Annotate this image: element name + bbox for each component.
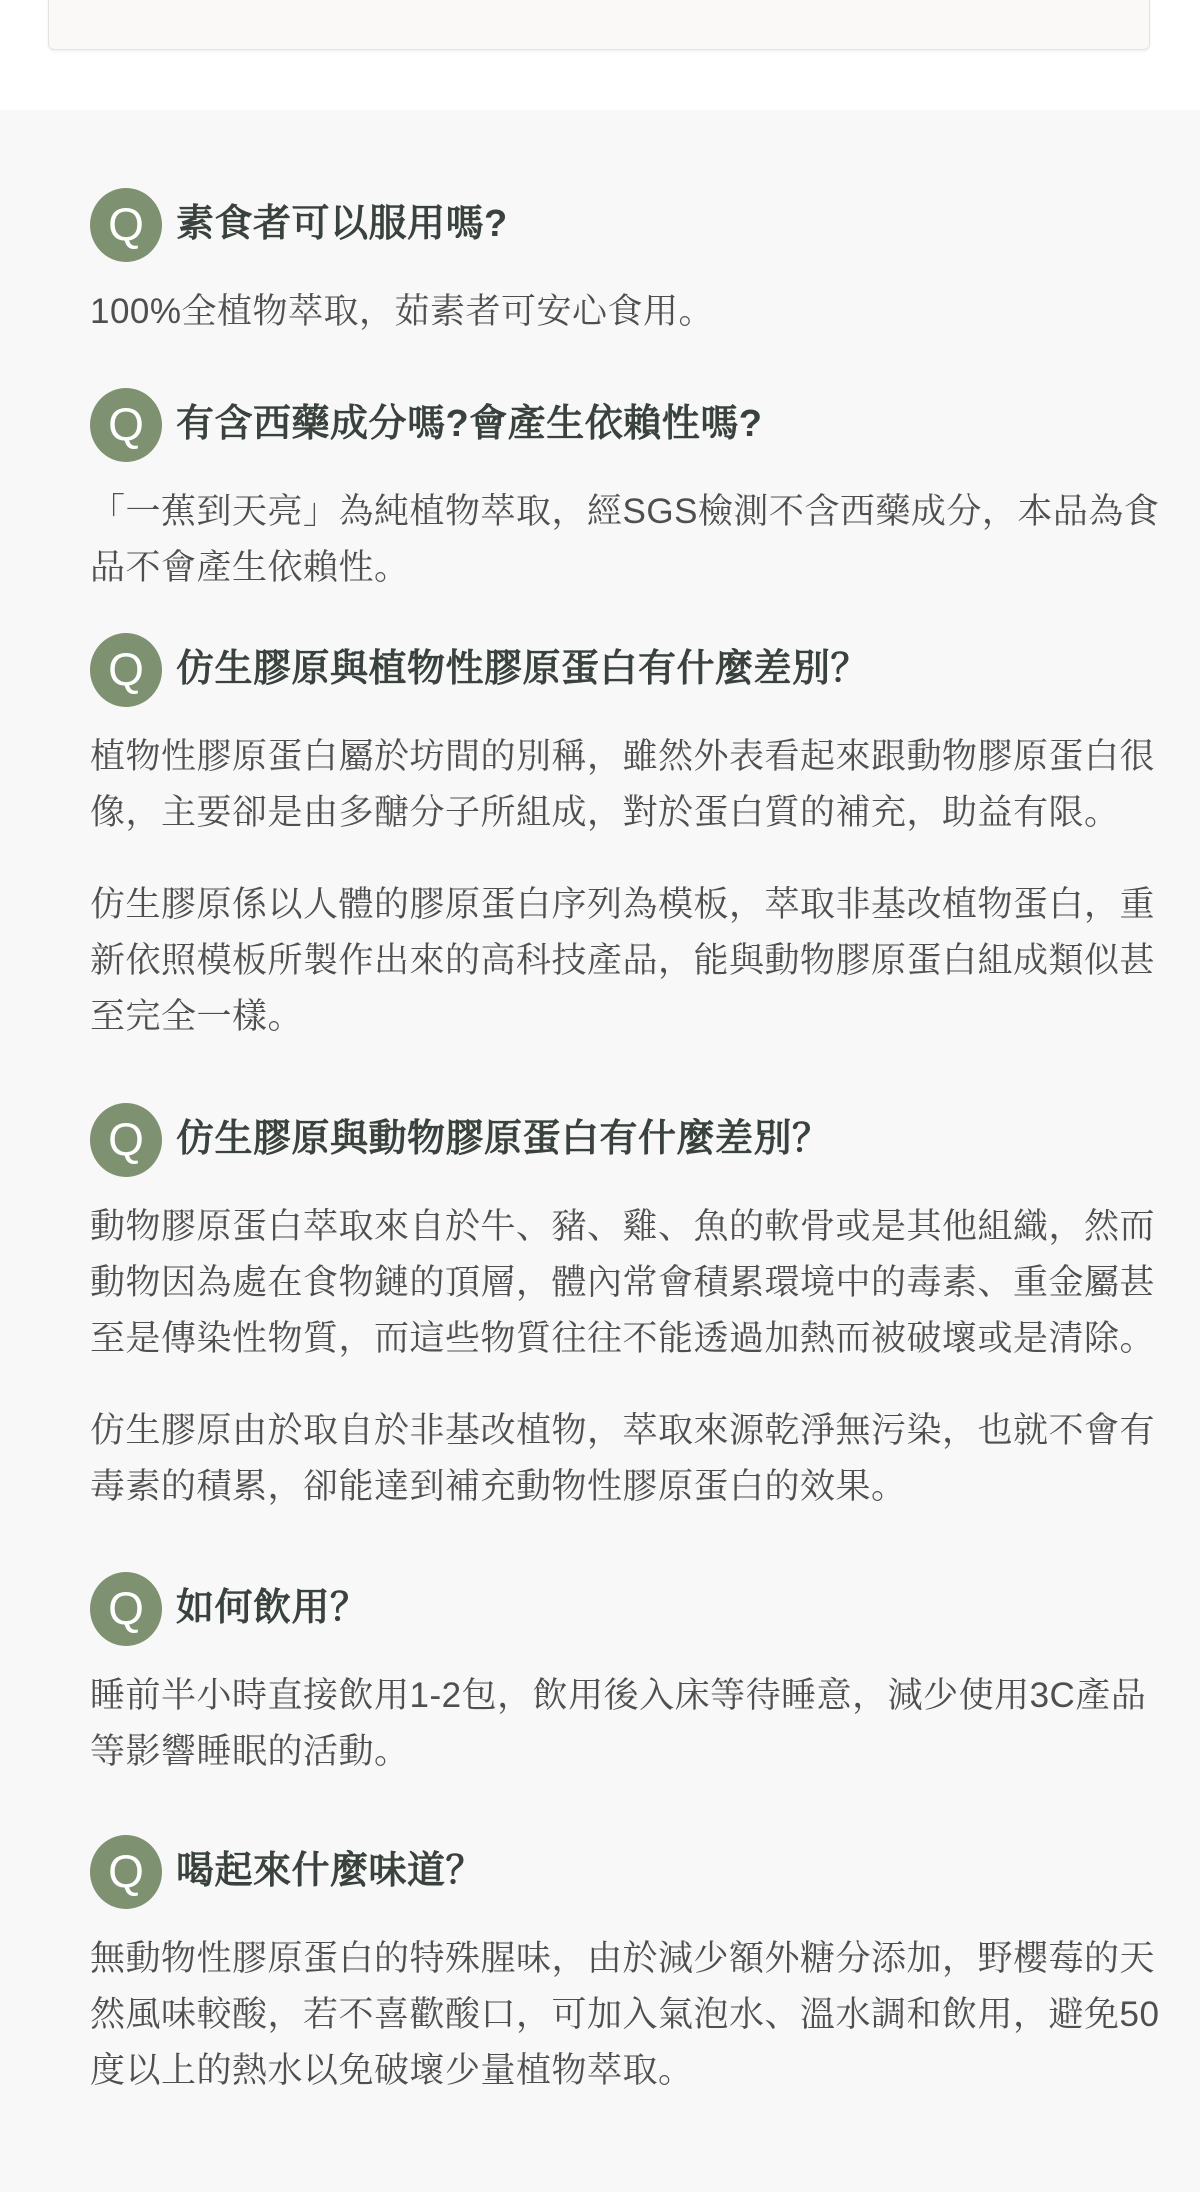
faq-question-row: Q 仿生膠原與動物膠原蛋白有什麼差別？ — [90, 1103, 1170, 1177]
faq-answer-paragraph: 100%全植物萃取，茹素者可安心食用。 — [90, 284, 1170, 340]
faq-answer-paragraph: 「一蕉到天亮」為純植物萃取，經SGS檢測不含西藥成分，本品為食品不會產生依賴性。 — [90, 484, 1170, 596]
faq-question: 仿生膠原與植物性膠原蛋白有什麼差別？ — [176, 646, 869, 694]
faq-answer: 植物性膠原蛋白屬於坊間的別稱，雖然外表看起來跟動物膠原蛋白很像，主要卻是由多醣分… — [90, 729, 1170, 1045]
faq-item: Q 有含西藥成分嗎?會產生依賴性嗎? 「一蕉到天亮」為純植物萃取，經SGS檢測不… — [90, 388, 1170, 596]
faq-list: Q 素食者可以服用嗎? 100%全植物萃取，茹素者可安心食用。 Q 有含西藥成分… — [90, 188, 1170, 2099]
faq-question-row: Q 喝起來什麼味道？ — [90, 1835, 1170, 1909]
faq-question-row: Q 如何飲用？ — [90, 1572, 1170, 1646]
faq-item: Q 仿生膠原與植物性膠原蛋白有什麼差別？ 植物性膠原蛋白屬於坊間的別稱，雖然外表… — [90, 633, 1170, 1045]
faq-item: Q 喝起來什麼味道？ 無動物性膠原蛋白的特殊腥味，由於減少額外糖分添加，野櫻莓的… — [90, 1835, 1170, 2099]
faq-question: 喝起來什麼味道？ — [176, 1848, 484, 1896]
faq-question: 素食者可以服用嗎? — [176, 201, 508, 249]
q-badge-letter: Q — [108, 1116, 144, 1162]
faq-answer: 無動物性膠原蛋白的特殊腥味，由於減少額外糖分添加，野櫻莓的天然風味較酸，若不喜歡… — [90, 1931, 1170, 2099]
q-badge-letter: Q — [108, 401, 144, 447]
faq-question-row: Q 仿生膠原與植物性膠原蛋白有什麼差別？ — [90, 633, 1170, 707]
faq-answer-paragraph: 無動物性膠原蛋白的特殊腥味，由於減少額外糖分添加，野櫻莓的天然風味較酸，若不喜歡… — [90, 1931, 1170, 2099]
q-badge-icon: Q — [90, 633, 162, 707]
faq-answer-paragraph: 睡前半小時直接飲用1-2包，飲用後入床等待睡意，減少使用3C產品等影響睡眠的活動… — [90, 1668, 1170, 1780]
faq-question: 仿生膠原與動物膠原蛋白有什麼差別？ — [176, 1116, 831, 1164]
q-badge-icon: Q — [90, 188, 162, 262]
faq-answer: 動物膠原蛋白萃取來自於牛、豬、雞、魚的軟骨或是其他組織，然而動物因為處在食物鏈的… — [90, 1199, 1170, 1515]
faq-item: Q 如何飲用？ 睡前半小時直接飲用1-2包，飲用後入床等待睡意，減少使用3C產品… — [90, 1572, 1170, 1780]
q-badge-icon: Q — [90, 1572, 162, 1646]
faq-question-row: Q 素食者可以服用嗎? — [90, 188, 1170, 262]
q-badge-icon: Q — [90, 1835, 162, 1909]
faq-answer: 睡前半小時直接飲用1-2包，飲用後入床等待睡意，減少使用3C產品等影響睡眠的活動… — [90, 1668, 1170, 1780]
faq-item: Q 仿生膠原與動物膠原蛋白有什麼差別？ 動物膠原蛋白萃取來自於牛、豬、雞、魚的軟… — [90, 1103, 1170, 1515]
previous-section-card — [48, 0, 1150, 50]
faq-answer: 「一蕉到天亮」為純植物萃取，經SGS檢測不含西藥成分，本品為食品不會產生依賴性。 — [90, 484, 1170, 596]
faq-answer-paragraph: 動物膠原蛋白萃取來自於牛、豬、雞、魚的軟骨或是其他組織，然而動物因為處在食物鏈的… — [90, 1199, 1170, 1367]
faq-section: Q 素食者可以服用嗎? 100%全植物萃取，茹素者可安心食用。 Q 有含西藥成分… — [0, 110, 1200, 2192]
faq-question-row: Q 有含西藥成分嗎?會產生依賴性嗎? — [90, 388, 1170, 462]
faq-item: Q 素食者可以服用嗎? 100%全植物萃取，茹素者可安心食用。 — [90, 188, 1170, 340]
q-badge-icon: Q — [90, 388, 162, 462]
q-badge-letter: Q — [108, 646, 144, 692]
faq-answer-paragraph: 仿生膠原係以人體的膠原蛋白序列為模板，萃取非基改植物蛋白，重新依照模板所製作出來… — [90, 877, 1170, 1045]
faq-answer: 100%全植物萃取，茹素者可安心食用。 — [90, 284, 1170, 340]
q-badge-letter: Q — [108, 1848, 144, 1894]
q-badge-letter: Q — [108, 1585, 144, 1631]
faq-answer-paragraph: 植物性膠原蛋白屬於坊間的別稱，雖然外表看起來跟動物膠原蛋白很像，主要卻是由多醣分… — [90, 729, 1170, 841]
faq-answer-paragraph: 仿生膠原由於取自於非基改植物，萃取來源乾淨無污染，也就不會有毒素的積累，卻能達到… — [90, 1403, 1170, 1515]
q-badge-icon: Q — [90, 1103, 162, 1177]
faq-question: 如何飲用？ — [176, 1585, 369, 1633]
faq-question: 有含西藥成分嗎?會產生依賴性嗎? — [176, 401, 762, 449]
q-badge-letter: Q — [108, 201, 144, 247]
